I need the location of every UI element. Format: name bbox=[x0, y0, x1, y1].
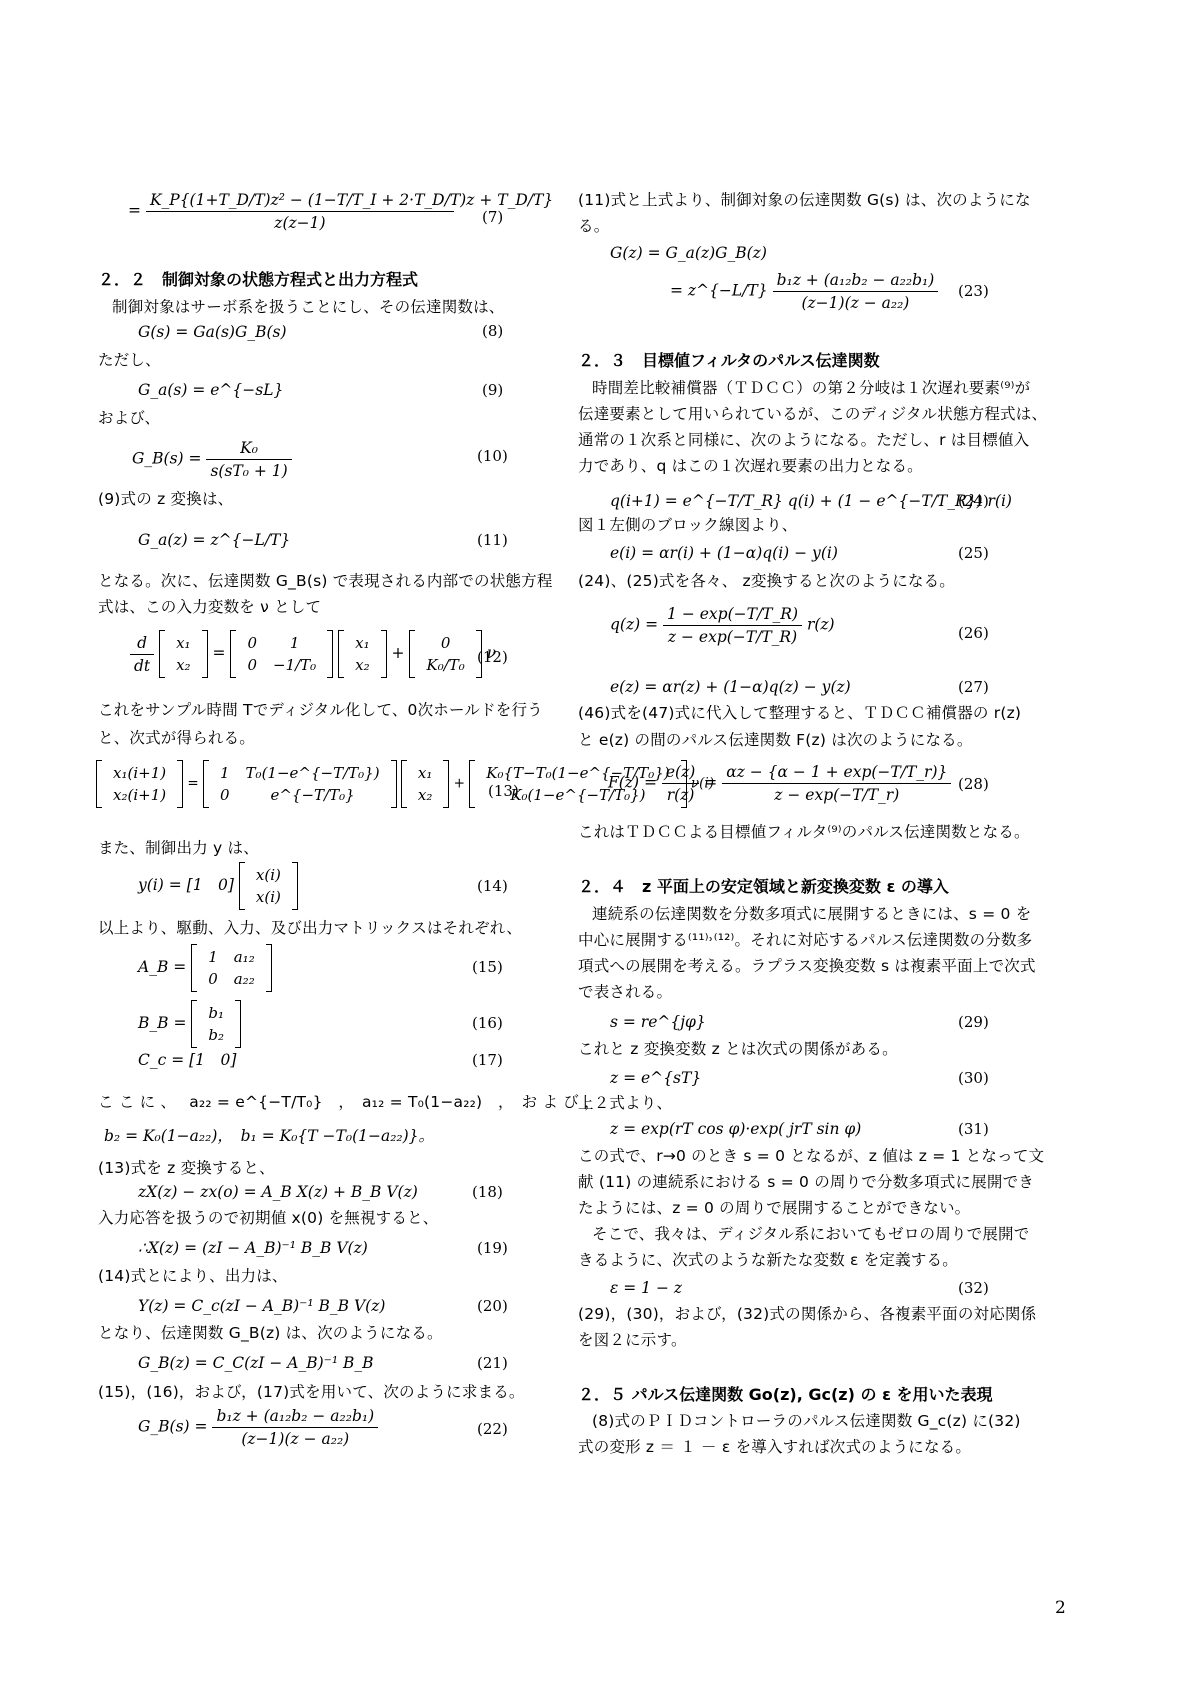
equation-number: (25) bbox=[958, 544, 989, 562]
equation-number: (8) bbox=[482, 322, 503, 340]
paragraph: 連続系の伝達関数を分数多項式に展開するときには、s = 0 を bbox=[592, 904, 1031, 924]
paragraph: (8)式のＰＩＤコントローラのパルス伝達関数 G_c(z) に(32) bbox=[592, 1411, 1021, 1431]
equation-19: ∴X(z) = (zI − A_B)⁻¹ B_B V(z) bbox=[138, 1238, 368, 1258]
paragraph: を図２に示す。 bbox=[578, 1330, 687, 1350]
equation-number: (12) bbox=[477, 648, 508, 666]
equation-10: G_B(s) = K₀s(sT₀ + 1) bbox=[132, 438, 292, 481]
equation-26: q(z) = 1 − exp(−T/T_R)z − exp(−T/T_R) r(… bbox=[610, 604, 835, 647]
equation-number: (20) bbox=[477, 1297, 508, 1315]
equation-number: (28) bbox=[958, 775, 989, 793]
equation-number: (7) bbox=[482, 208, 503, 226]
equation-23b: = z^{−L/T} b₁z + (a₁₂b₂ − a₂₂b₁)(z−1)(z … bbox=[670, 270, 938, 313]
equation-number: (23) bbox=[958, 282, 989, 300]
paragraph: ただし、 bbox=[98, 350, 161, 370]
equation-23a: G(z) = G_a(z)G_B(z) bbox=[610, 243, 767, 263]
section-heading-2-2: ２．２ 制御対象の状態方程式と出力方程式 bbox=[98, 270, 418, 290]
section-heading-2-4: ２．４ z 平面上の安定領域と新変換変数 ε の導入 bbox=[578, 877, 949, 897]
paragraph: 力であり、q はこの１次遅れ要素の出力となる。 bbox=[578, 456, 923, 476]
paragraph: 図１左側のブロック線図より、 bbox=[578, 515, 798, 535]
equation-11: G_a(z) = z^{−L/T} bbox=[138, 530, 290, 550]
equation-number: (19) bbox=[477, 1239, 508, 1257]
paragraph: 上２式より、 bbox=[578, 1093, 672, 1113]
paragraph: 伝達要素として用いられているが、このディジタル状態方程式は、 bbox=[578, 404, 1047, 424]
equation-24: q(i+1) = e^{−T/T_R} q(i) + (1 − e^{−T/T_… bbox=[610, 491, 1012, 511]
page-number: 2 bbox=[1055, 1598, 1066, 1618]
paragraph: と e(z) の間のパルス伝達関数 F(z) は次のようになる。 bbox=[578, 730, 973, 750]
equation-number: (29) bbox=[958, 1013, 989, 1031]
equation-32: ε = 1 − z bbox=[610, 1278, 682, 1298]
equation-27: e(z) = αr(z) + (1−α)q(z) − y(z) bbox=[610, 677, 851, 697]
paragraph: 項式への展開を考える。ラプラス変換変数 s は複素平面上で次式 bbox=[578, 956, 1036, 976]
equation-25: e(i) = αr(i) + (1−α)q(i) − y(i) bbox=[610, 543, 838, 563]
equation-31: z = exp(rT cos φ)·exp( jrT sin φ) bbox=[610, 1119, 861, 1139]
equation-17: C_c = [1 0] bbox=[138, 1050, 236, 1070]
equation-number: (14) bbox=[477, 877, 508, 895]
paragraph: (15)，(16)，および，(17)式を用いて、次のように求まる。 bbox=[98, 1382, 525, 1402]
equation-number: (24) bbox=[958, 492, 989, 510]
paragraph: (46)式を(47)式に代入して整理すると、ＴＤＣＣ補償器の r(z) bbox=[578, 703, 1021, 723]
paragraph: (11)式と上式より、制御対象の伝達関数 G(s) は、次のようにな bbox=[578, 190, 1031, 210]
equation-12: ddt x₁x₂ = 01 0−1/T₀ x₁x₂ + 0K₀/T₀ ν bbox=[130, 630, 496, 678]
paragraph: 中心に展開する⁽¹¹⁾˒⁽¹²⁾。それに対応するパルス伝達関数の分数多 bbox=[578, 930, 1032, 950]
paragraph: きるように、次式のような新たな変数 ε を定義する。 bbox=[578, 1250, 958, 1270]
equation-number: (15) bbox=[472, 958, 503, 976]
paragraph: 献 (11) の連続系における s = 0 の周りで分数多項式に展開でき bbox=[578, 1172, 1034, 1192]
equation-8: G(s) = Ga(s)G_B(s) bbox=[138, 322, 287, 342]
paragraph: 通常の１次系と同様に、次のようになる。ただし、r は目標値入 bbox=[578, 430, 1029, 450]
paragraph: 以上より、駆動、入力、及び出力マトリックスはそれぞれ、 bbox=[98, 918, 522, 938]
paragraph: 制御対象はサーボ系を扱うことにし、その伝達関数は、 bbox=[112, 297, 505, 317]
equation-number: (13) bbox=[488, 782, 519, 800]
equation-20: Y(z) = C_c(zI − A_B)⁻¹ B_B V(z) bbox=[138, 1296, 385, 1316]
paragraph: そこで、我々は、ディジタル系においてもゼロの周りで展開で bbox=[592, 1224, 1029, 1244]
equation-number: (16) bbox=[472, 1014, 503, 1032]
paragraph: たようには、z = 0 の周りで展開することができない。 bbox=[578, 1198, 970, 1218]
paragraph: (24)、(25)式を各々、 z変換すると次のようになる。 bbox=[578, 571, 955, 591]
paragraph: 式は、この入力変数を ν として bbox=[98, 597, 321, 617]
paragraph: る。 bbox=[578, 216, 609, 236]
paragraph: (29)，(30)，および，(32)式の関係から、各複素平面の対応関係 bbox=[578, 1304, 1036, 1324]
paragraph: となり、伝達関数 G_B(z) は、次のようになる。 bbox=[98, 1323, 443, 1343]
paragraph: これをサンプル時間 Tでディジタル化して、0次ホールドを行う bbox=[98, 700, 543, 720]
section-heading-2-5: ２．５ パルス伝達関数 Go(z), Gc(z) の ε を用いた表現 bbox=[578, 1385, 993, 1405]
equation-22: G_B(s) = b₁z + (a₁₂b₂ − a₂₂b₁)(z−1)(z − … bbox=[138, 1406, 378, 1449]
equation-number: (18) bbox=[472, 1183, 503, 1201]
paragraph: また、制御出力 y は、 bbox=[98, 838, 259, 858]
equation-15: A_B = 1a₁₂ 0a₂₂ bbox=[138, 944, 272, 992]
paragraph: (13)式を z 変換すると、 bbox=[98, 1158, 275, 1178]
equation-14: y(i) = [1 0] x(i)x(i) bbox=[138, 862, 298, 910]
equation-number: (11) bbox=[477, 531, 508, 549]
equation-number: (30) bbox=[958, 1069, 989, 1087]
paragraph: および、 bbox=[98, 408, 160, 428]
equation-number: (10) bbox=[477, 447, 508, 465]
equation-18: zX(z) − zx(o) = A_B X(z) + B_B V(z) bbox=[138, 1182, 418, 1202]
equation-30: z = e^{sT} bbox=[610, 1068, 701, 1088]
paragraph: と、次式が得られる。 bbox=[98, 728, 255, 748]
equation-number: (9) bbox=[482, 381, 503, 399]
paragraph: b₂ = K₀(1−a₂₂)， b₁ = K₀{T −T₀(1−a₂₂)}。 bbox=[104, 1126, 434, 1146]
eq7-denominator: z(z−1) bbox=[146, 212, 454, 233]
equation-16: B_B = b₁b₂ bbox=[138, 1000, 241, 1048]
paragraph: で表される。 bbox=[578, 982, 672, 1002]
equation-21: G_B(z) = C_C(zI − A_B)⁻¹ B_B bbox=[138, 1353, 374, 1373]
equation-29: s = re^{jφ} bbox=[610, 1012, 706, 1032]
equation-28: F(z) = e(z)r(z) = αz − {α − 1 + exp(−T/T… bbox=[608, 762, 951, 805]
section-heading-2-3: ２．３ 目標値フィルタのパルス伝達関数 bbox=[578, 351, 880, 371]
equation-9: G_a(s) = e^{−sL} bbox=[138, 380, 283, 400]
eq7-numerator: K_P{(1+T_D/T)z² − (1−T/T_I + 2·T_D/T)z +… bbox=[146, 190, 454, 212]
paragraph: (9)式の z 変換は、 bbox=[98, 489, 233, 509]
paragraph: この式で、r→0 のとき s = 0 となるが、z 値は z = 1 となって文 bbox=[578, 1146, 1044, 1166]
paragraph: 時間差比較補償器（ＴＤＣＣ）の第２分岐は１次遅れ要素⁽⁹⁾が bbox=[592, 378, 1030, 398]
equation-number: (27) bbox=[958, 678, 989, 696]
equation-7: = K_P{(1+T_D/T)z² − (1−T/T_I + 2·T_D/T)z… bbox=[128, 190, 454, 233]
paragraph: 式の変形 z ＝ １ － ε を導入すれば次式のようになる。 bbox=[578, 1437, 971, 1457]
equation-number: (32) bbox=[958, 1279, 989, 1297]
paragraph: (14)式とにより、出力は、 bbox=[98, 1266, 288, 1286]
paragraph: となる。次に、伝達関数 G_B(s) で表現される内部での状態方程 bbox=[98, 571, 553, 591]
equation-number: (31) bbox=[958, 1120, 989, 1138]
paragraph: これはＴＤＣＣよる目標値フィルタ⁽⁹⁾のパルス伝達関数となる。 bbox=[578, 822, 1030, 842]
paragraph: こ こ に 、 a₂₂ = e^{−T/T₀} ， a₁₂ = T₀(1−a₂₂… bbox=[98, 1092, 600, 1112]
equation-number: (17) bbox=[472, 1051, 503, 1069]
paragraph: 入力応答を扱うので初期値 x(0) を無視すると、 bbox=[98, 1208, 438, 1228]
equation-number: (22) bbox=[477, 1420, 508, 1438]
equation-number: (21) bbox=[477, 1354, 508, 1372]
equation-number: (26) bbox=[958, 624, 989, 642]
paragraph: これと z 変換変数 z とは次式の関係がある。 bbox=[578, 1039, 898, 1059]
